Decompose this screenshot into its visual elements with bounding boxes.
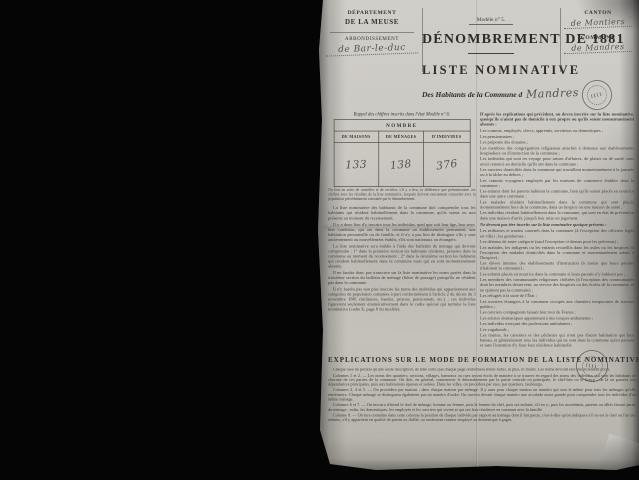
- list-item: Les pensionnaires ;: [480, 134, 634, 139]
- include-items: Les commis, employés, clercs, apprentis,…: [480, 129, 634, 221]
- list-item: Les préposés des douanes ;: [480, 140, 634, 145]
- left-column: Rappel des chiffres inscrits dans l'état…: [328, 112, 476, 354]
- arrondissement-handwritten-value: de Bar-le-duc: [326, 42, 418, 56]
- page-subtitle: LISTE NOMINATIVE: [422, 63, 560, 78]
- commune-line: Des Habitants de la Commune d Mandres: [422, 84, 560, 102]
- paragraph: Colonnes 6 et 7. — On inscrira d'abord l…: [328, 403, 636, 412]
- paragraph: La liste nominative sera établie à l'aid…: [328, 244, 476, 269]
- commune-line-handwritten-value: Mandres: [526, 86, 579, 101]
- list-item: Les enfants dont les parents habitent la…: [480, 189, 634, 199]
- paragraph: Colonne 8. — On fera connaître dans cett…: [328, 414, 636, 423]
- list-item: Les membres des congrégations religieuse…: [480, 146, 634, 156]
- department-label: DÉPARTEMENT: [324, 10, 420, 16]
- list-item: Les ouvriers domiciliés dans la commune …: [480, 167, 634, 177]
- commune-label: COMMUNE: [564, 35, 632, 41]
- header-divider-right: [560, 8, 561, 72]
- title-rule: [468, 53, 514, 54]
- explanations-heading: EXPLICATIONS SUR LE MODE DE FORMATION DE…: [328, 356, 634, 364]
- paragraph: Il n'y faudra pas non plus inscrire les …: [328, 287, 476, 312]
- value-individus: 376: [424, 143, 470, 187]
- paragraph: Il ne faudra donc pas transcrire sur la …: [328, 271, 476, 286]
- page-title: DÉNOMBREMENT DE 1881: [422, 32, 560, 48]
- model-note: Modèle n° 5.: [469, 17, 514, 25]
- department-block: DÉPARTEMENT DE LA MEUSE ARRONDISSEMENT d…: [324, 10, 420, 55]
- canton-label: CANTON: [564, 10, 632, 16]
- canton-handwritten-value: de Montiers: [564, 17, 632, 29]
- column-header-maisons: DE MAISONS: [334, 131, 379, 143]
- list-item: Les individus qui sont en voyage pour ra…: [480, 157, 634, 167]
- value-maisons: 133: [334, 143, 379, 187]
- title-block: Modèle n° 5. DÉNOMBREMENT DE 1881 LISTE …: [422, 8, 560, 102]
- list-item: Les individus exerçant des professions a…: [480, 322, 634, 327]
- list-item: Les commis, employés, clercs, apprentis,…: [480, 129, 634, 134]
- list-item: Les malades résidant habituellement dans…: [480, 200, 634, 210]
- canton-commune-block: CANTON de Montiers COMMUNE de Mandres: [564, 10, 632, 53]
- explanations-paragraphs: Chaque case ne portera qu'une seule insc…: [328, 368, 636, 423]
- exclude-items: Les militaires et marins casernés dans l…: [480, 229, 634, 349]
- paragraph: La liste nominative des habitants de la …: [328, 206, 476, 221]
- summary-table-footnote: On fera en sorte de contrôler et de rect…: [328, 189, 476, 202]
- list-item: Les malades, les indigents ou les enfant…: [480, 245, 634, 260]
- list-item: Les individus résidant habituellement da…: [480, 211, 634, 221]
- arrondissement-label: ARRONDISSEMENT: [324, 37, 420, 42]
- list-item: Les militaires et marins casernés dans l…: [480, 229, 634, 239]
- commune-handwritten-value: de Mandres: [564, 42, 632, 54]
- paragraph: Colonnes 1 et 2. — Les noms des quartier…: [328, 374, 636, 387]
- value-menages: 138: [379, 143, 424, 187]
- commune-line-prefix: Des Habitants de la Commune d: [422, 90, 522, 99]
- include-intro: D'après les explications qui précèdent, …: [480, 112, 634, 127]
- list-item: Les marins, les canotiers et des pêcheur…: [480, 333, 634, 348]
- list-item: Les commis voyageurs employés par les ma…: [480, 178, 634, 188]
- paragraph: Colonnes 3, 4 et 5. — On procédera par m…: [328, 389, 636, 402]
- column-header-individus: D'INDIVIDUS: [424, 131, 470, 143]
- list-item: Les enfants placés en nourrice dans la c…: [480, 272, 634, 277]
- list-item: Les détenus de toute catégorie (sauf l'e…: [480, 239, 634, 244]
- scanned-census-page: DÉPARTEMENT DE LA MEUSE ARRONDISSEMENT d…: [316, 0, 639, 471]
- department-value: DE LA MEUSE: [324, 18, 420, 26]
- summary-table-caption: Rappel des chiffres inscrits dans l'état…: [328, 112, 476, 117]
- paragraph: Chaque case ne portera qu'une seule insc…: [328, 368, 636, 372]
- summary-table-group-header: NOMBRE: [334, 120, 470, 132]
- list-item: Les vagabonds ;: [480, 327, 634, 332]
- list-item: Les membres des communautés religieuses …: [480, 278, 634, 293]
- list-item: Les ouvriers compagnons faisant leur tou…: [480, 310, 634, 315]
- list-item: Les artistes dramatiques appartenant à d…: [480, 316, 634, 321]
- list-item: Les élèves internes des établissements d…: [480, 261, 634, 271]
- paragraph: Il y a donc lieu d'y inscrire tous les i…: [328, 222, 476, 242]
- explanations-section: Chaque case ne portera qu'une seule insc…: [328, 368, 636, 464]
- right-column: D'après les explications qui précèdent, …: [480, 112, 634, 354]
- list-item: Les réfugiés à la suite de l'État ;: [480, 293, 634, 298]
- exclude-heading: Ne devront pas être inscrits sur la list…: [480, 222, 634, 227]
- divider: [330, 32, 414, 33]
- round-archive-stamp-top: [579, 77, 615, 113]
- scan-viewport: { "header": { "department_label": "DÉPAR…: [0, 0, 639, 480]
- summary-table: NOMBRE DE MAISONS DE MÉNAGES D'INDIVIDUS…: [333, 119, 470, 187]
- column-header-menages: DE MÉNAGES: [379, 131, 424, 143]
- left-column-paragraphs: La liste nominative des habitants de la …: [328, 206, 476, 313]
- list-item: Les ouvriers étrangers à la commune occu…: [480, 299, 634, 309]
